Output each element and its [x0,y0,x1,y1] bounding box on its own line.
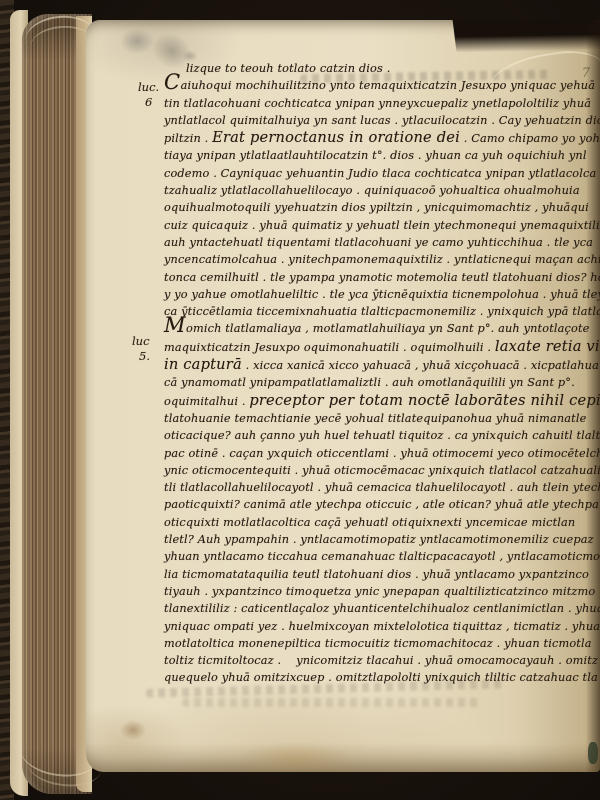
text-line: yniquac ompati yez . huelmixcoyan mixtel… [164,618,600,635]
latin-phrase: in capturā [164,356,242,373]
drop-initial: C [164,70,181,94]
nahuatl-text: tletl? Auh ypampahin . yntlacamotimopati… [164,533,594,546]
stain [120,28,154,54]
text-line: pac otinē . caçan yxquich oticcentlami .… [164,445,600,462]
text-line: oquihualmotoquili yyehuatzin dios ypiltz… [164,199,600,216]
text-line: oticacique? auh çanno yuh huel tehuatl t… [164,427,600,444]
latin-phrase: preceptor per totam noctē laborātes nihi… [249,392,600,409]
text-block: lizque to teouh totlato catzin dios . Ca… [164,60,600,687]
nahuatl-text: omich tlatlamaliaya , motlamatlahuiliaya… [186,322,589,335]
nahuatl-text: tonca cemilhuitl . tle ypampa ynamotic m… [164,271,600,284]
latin-phrase: laxate retia viā [495,338,600,355]
text-line: paoticquixti? canimā atle ytechpa oticcu… [164,496,600,513]
margin-note-chapter: 5. [132,349,150,364]
text-line: motlatoltica monenepiltica ticmocuitiz t… [164,635,600,652]
text-line: maquixticatzin Jesuxpo oquimonahuatili .… [164,338,600,356]
page-right-shadow [586,20,600,772]
text-line: yntlatlacol quimitalhuiya yn sant lucas … [164,112,600,129]
margin-note-book: luc. [138,80,159,95]
text-line: in capturā . xicca xanicā xicco yahuacā … [164,356,600,374]
nahuatl-text: tli tlatlacollahuelilocayotl . yhuā cema… [164,481,600,494]
nahuatl-text: lia ticmomatataquilia teutl tlatohuani d… [164,568,589,581]
drop-initial: M [164,313,186,337]
manuscript-photo: 7 luc. 6 luc 5. lizque to teouh totlato … [0,0,600,800]
text-line: y yo yahue omotlahueliltic . tle yca ȳti… [164,286,600,303]
nahuatl-text: pac otinē . caçan yxquich oticcentlami .… [164,447,600,460]
nahuatl-text: quequelo yhuā omitzixcuep . omitztlapolo… [164,671,598,684]
nahuatl-text: piltzin . [164,132,212,145]
nahuatl-text: yntlatlacol quimitalhuiya yn sant lucas … [164,114,600,127]
nahuatl-text: auh yntactehuatl tiquentami tlatlacohuan… [164,236,593,249]
text-line: piltzin . Erat pernoctanus in oratione d… [164,129,600,147]
show-through-smudge [182,698,482,707]
text-line: tlanextililiz : caticentlaçaloz yhuantic… [164,600,600,617]
nahuatl-text: yncencatimolcahua . ynitechpamonemaquixt… [164,253,600,266]
nahuatl-text: tiyauh . yxpantzinco timoquetza ynic yne… [164,585,595,598]
nahuatl-text: oquihualmotoquili yyehuatzin dios ypiltz… [164,201,589,214]
text-line: tletl? Auh ypampahin . yntlacamotimopati… [164,531,600,548]
text-line: tiaya ynipan ytlatlaatlauhtilocatzin t°.… [164,147,600,164]
nahuatl-text: maquixticatzin Jesuxpo oquimonahuatili .… [164,341,495,354]
text-line: ca ȳticcētlamia ticcemixnahuatia tlaltic… [164,303,600,320]
margin-note-luke-5: luc 5. [132,334,150,364]
nahuatl-text: yniquac ompati yez . huelmixcoyan mixtel… [164,620,600,633]
nahuatl-text: ynic oticmocentequiti . yhuā oticmocēmac… [164,464,600,477]
text-line: quequelo yhuā omitzixcuep . omitztlapolo… [164,669,600,686]
nahuatl-text: . Camo chipamo yo yohuaqui [460,132,600,145]
margin-note-book: luc [132,334,150,349]
nahuatl-text: tin tlatlacohuani cochticatca ynipan ynn… [164,97,591,110]
nahuatl-text: oticacique? auh çanno yuh huel tehuatl t… [164,429,600,442]
nahuatl-text: toltiz ticmitoltocaz . ynicomitziz tlaca… [164,654,598,667]
nahuatl-text: cuiz quicaquiz . yhuā quimatiz y yehuatl… [164,219,600,232]
nahuatl-text: tlanextililiz : caticentlaçaloz yhuantic… [164,602,600,615]
stain [120,720,146,740]
nahuatl-text: codemo . Cayniquac yehuantin Judio tlaca… [164,167,596,180]
manuscript-page: 7 luc. 6 luc 5. lizque to teouh totlato … [86,20,600,772]
paragraphs: Caiuhoqui mochihuilitzino ynto temaquixt… [164,77,600,686]
text-line: ynic oticmocentequiti . yhuā oticmocēmac… [164,462,600,479]
margin-note-luke-6: luc. 6 [138,80,159,110]
nahuatl-text: oticquixti motlatlacoltica caçā yehuatl … [164,516,575,529]
text-line: lia ticmomatataquilia teutl tlatohuani d… [164,566,600,583]
text-line: tonca cemilhuitl . tle ypampa ynamotic m… [164,269,600,286]
nahuatl-text: tlatohuanie temachtianie yecē yohual tit… [164,412,586,425]
nahuatl-text: cā ynamomatl ynipampatlatlamaliztli . au… [164,376,575,389]
text-line: tli tlatlacollahuelilocayotl . yhuā cema… [164,479,600,496]
text-line: toltiz ticmitoltocaz . ynicomitziz tlaca… [164,652,600,669]
margin-note-chapter: 6 [138,95,159,110]
nahuatl-text: . xicca xanicā xicco yahuacā , yhuā xicç… [242,359,599,372]
nahuatl-text: paoticquixti? canimā atle ytechpa oticcu… [164,498,599,511]
text-line: codemo . Cayniquac yehuantin Judio tlaca… [164,165,600,182]
page-bottom-stain-band [86,742,600,772]
nahuatl-text: motlatoltica monenepiltica ticmocuitiz t… [164,637,592,650]
text-line: cuiz quicaquiz . yhuā quimatiz y yehuatl… [164,217,600,234]
text-line: tin tlatlacohuani cochticatca ynipan ynn… [164,95,600,112]
text-line: yncencatimolcahua . ynitechpamonemaquixt… [164,251,600,268]
latin-phrase: Erat pernoctanus in oratione dei [212,129,460,146]
nahuatl-text: yhuan yntlacamo ticcahua cemanahuac tlal… [164,550,600,563]
text-line: Momich tlatlamaliaya , motlamatlahuiliay… [164,320,600,337]
text-line: cā ynamomatl ynipampatlatlamaliztli . au… [164,374,600,391]
text-line: oquimitalhui . preceptor per totam noctē… [164,392,600,410]
text-line: oticquixti motlatlacoltica caçā yehuatl … [164,514,600,531]
nahuatl-text: y yo yahue omotlahueliltic . tle yca ȳti… [164,288,600,301]
nahuatl-text: oquimitalhui . [164,395,249,408]
binding-spot [588,742,598,764]
text-line: auh yntactehuatl tiquentami tlatlacohuan… [164,234,600,251]
nahuatl-text: tiaya ynipan ytlatlaatlauhtilocatzin t°.… [164,149,587,162]
text-line: tiyauh . yxpantzinco timoquetza ynic yne… [164,583,600,600]
nahuatl-text: tzahualiz ytlatlacollahuelilocayo . quin… [164,184,580,197]
nahuatl-text: ca ȳticcētlamia ticcemixnahuatia tlaltic… [164,305,600,318]
text-line: yhuan yntlacamo ticcahua cemanahuac tlal… [164,548,600,565]
text-line: tlatohuanie temachtianie yecē yohual tit… [164,410,600,427]
text-line: tzahualiz ytlatlacollahuelilocayo . quin… [164,182,600,199]
